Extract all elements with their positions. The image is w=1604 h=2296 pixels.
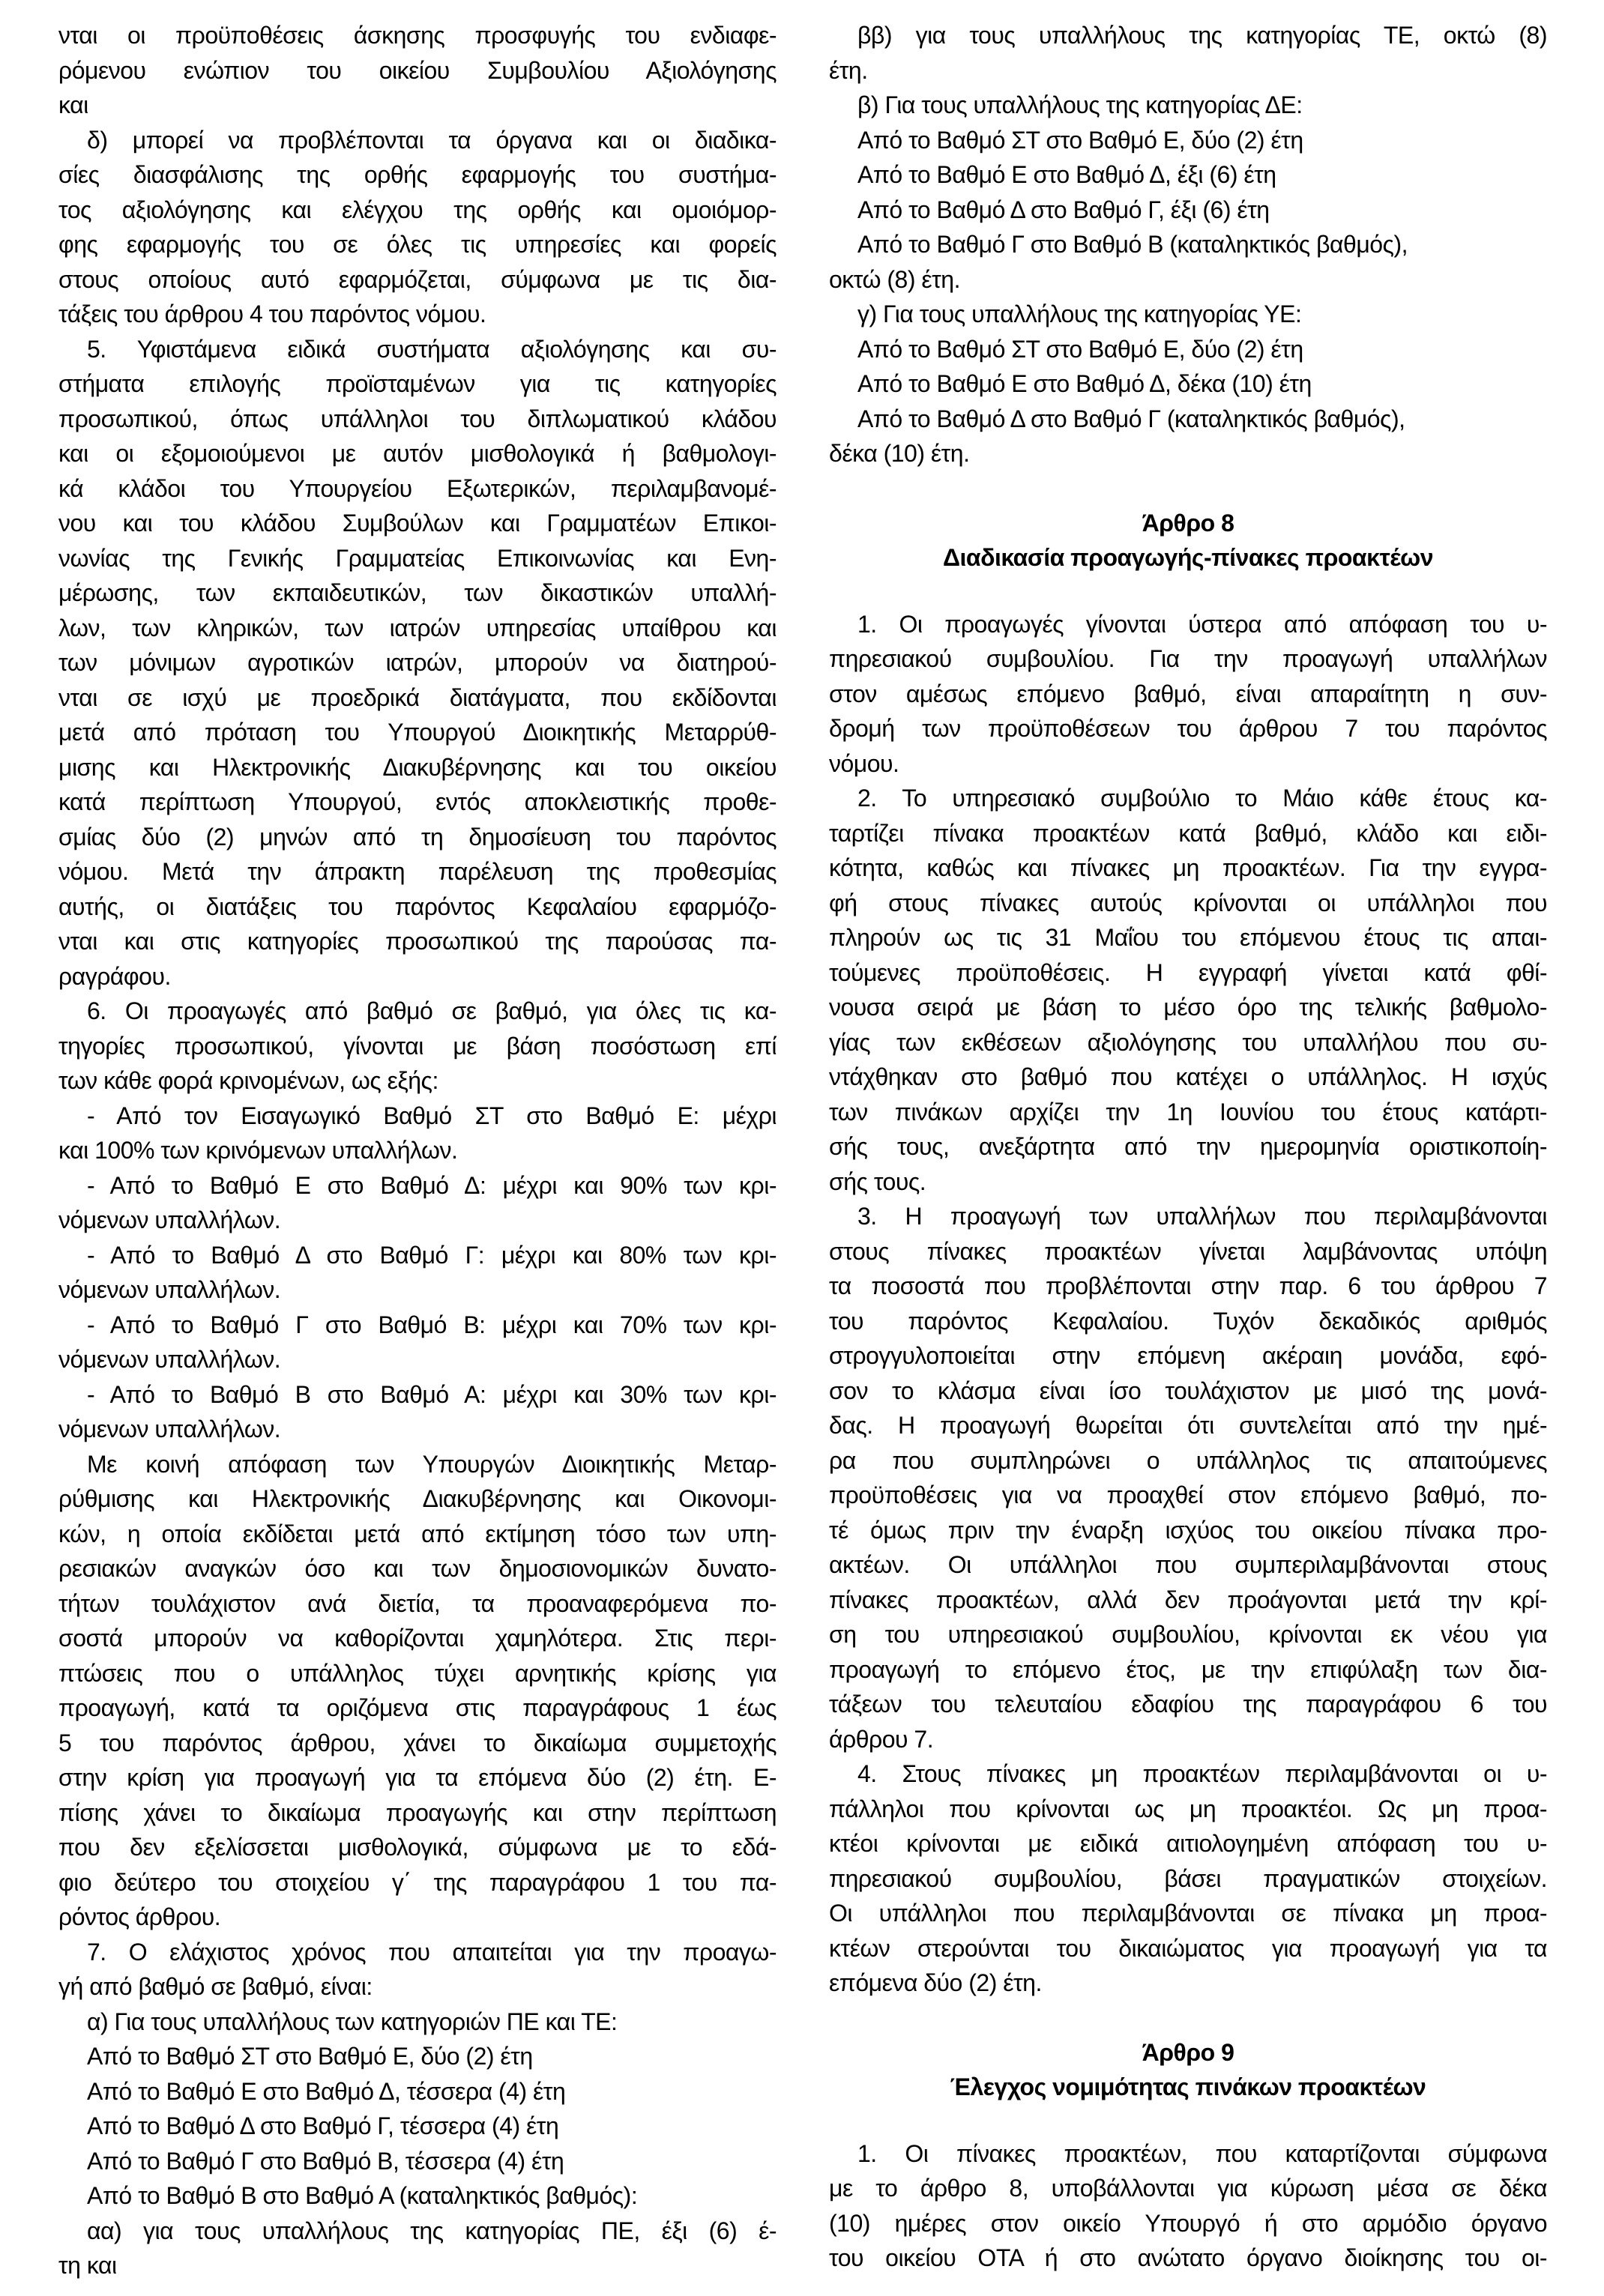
text-line: κότητα, καθώς και πίνακες μη προακτέων. … (829, 851, 1547, 886)
text-line: νου και του κλάδου Συμβούλων και Γραμματ… (58, 506, 777, 541)
text-line: νται σε ισχύ με προεδρικά διατάγματα, πο… (58, 680, 777, 716)
text-line: νουσα σειρά με βάση το μέσο όρο της τελι… (829, 990, 1547, 1025)
text-line: στους πίνακες προακτέων γίνεται λαμβάνον… (829, 1234, 1547, 1269)
text-line: Από το Βαθμό Ε στο Βαθμό Δ, έξι (6) έτη (829, 157, 1547, 193)
text-line: κτέοι κρίνονται με ειδικά αιτιολογημένη … (829, 1826, 1547, 1861)
text-line: σον το κλάσμα είναι ίσο τουλάχιστον με μ… (829, 1374, 1547, 1409)
text-line: πτώσεις που ο υπάλληλος τύχει αρνητικής … (58, 1656, 777, 1691)
text-line: ρόμενου ενώπιον του οικείου Συμβουλίου Α… (58, 53, 777, 88)
text-block: 1. Οι προαγωγές γίνονται ύστερα από απόφ… (829, 607, 1547, 2001)
text-line: οκτώ (8) έτη. (829, 262, 1547, 297)
text-line: προσωπικού, όπως υπάλληλοι του διπλωματι… (58, 402, 777, 437)
text-line: και (58, 88, 777, 123)
text-line: αυτής, οι διατάξεις του παρόντος Κεφαλαί… (58, 889, 777, 925)
text-line: κατά περίπτωση Υπουργού, εντός αποκλειστ… (58, 785, 777, 820)
text-block: νται οι προϋποθέσεις άσκησης προσφυγής τ… (58, 18, 777, 2283)
text-line: ακτέων. Οι υπάλληλοι που συμπεριλαμβάνον… (829, 1547, 1547, 1583)
text-line: Οι υπάλληλοι που περιλαμβάνονται σε πίνα… (829, 1896, 1547, 1931)
text-line: 3. Η προαγωγή των υπαλλήλων που περιλαμβ… (829, 1199, 1547, 1234)
text-line: δας. Η προαγωγή θωρείται ότι συντελείται… (829, 1408, 1547, 1443)
text-line: μέρωσης, των εκπαιδευτικών, των δικαστικ… (58, 575, 777, 611)
text-line: κά κλάδοι του Υπουργείου Εξωτερικών, περ… (58, 471, 777, 507)
text-line: του παρόντος Κεφαλαίου. Τυχόν δεκαδικός … (829, 1304, 1547, 1339)
text-line: Με κοινή απόφαση των Υπουργών Διοικητική… (58, 1447, 777, 1482)
text-line: Από το Βαθμό Ε στο Βαθμό Δ, δέκα (10) έτ… (829, 366, 1547, 402)
text-line: δέκα (10) έτη. (829, 436, 1547, 471)
text-line: στον αμέσως επόμενο βαθμό, είναι απαραίτ… (829, 677, 1547, 712)
text-line: νόμενων υπαλλήλων. (58, 1412, 777, 1447)
text-line: δρομή των προϋποθέσεων του άρθρου 7 του … (829, 711, 1547, 746)
article-heading: Άρθρο 8Διαδικασία προαγωγής-πίνακες προα… (829, 506, 1547, 575)
text-line: ση του υπηρεσιακού συμβουλίου, κρίνονται… (829, 1617, 1547, 1652)
text-line: νόμου. Μετά την άπρακτη παρέλευση της πρ… (58, 854, 777, 889)
text-line: Από το Βαθμό ΣΤ στο Βαθμό Ε, δύο (2) έτη (58, 2039, 777, 2074)
text-line: πηρεσιακού συμβουλίου. Για την προαγωγή … (829, 641, 1547, 677)
text-line: γίας των εκθέσεων αξιολόγησης του υπαλλή… (829, 1025, 1547, 1060)
text-line: ρα που συμπληρώνει ο υπάλληλος τις απαιτ… (829, 1443, 1547, 1478)
text-line: στήματα επιλογής προϊσταμένων για τις κα… (58, 366, 777, 402)
text-line: ρόντος άρθρου. (58, 1900, 777, 1935)
text-line: 1. Οι πίνακες προακτέων, που καταρτίζοντ… (829, 2136, 1547, 2172)
text-line: Από το Βαθμό ΣΤ στο Βαθμό Ε, δύο (2) έτη (829, 123, 1547, 158)
text-line: 7. Ο ελάχιστος χρόνος που απαιτείται για… (58, 1935, 777, 1970)
text-line: 2. Το υπηρεσιακό συμβούλιο το Μάιο κάθε … (829, 781, 1547, 816)
text-line: - Από τον Εισαγωγικό Βαθμό ΣΤ στο Βαθμό … (58, 1099, 777, 1134)
text-line: ρύθμισης και Ηλεκτρονικής Διακυβέρνησης … (58, 1481, 777, 1517)
text-line: στους οποίους αυτό εφαρμόζεται, σύμφωνα … (58, 262, 777, 297)
text-line: 6. Οι προαγωγές από βαθμό σε βαθμό, για … (58, 994, 777, 1029)
text-line: πίνακες προακτέων, αλλά δεν προάγονται μ… (829, 1583, 1547, 1618)
text-line: τος αξιολόγησης και ελέγχου της ορθής κα… (58, 193, 777, 228)
text-line: μετά από πρόταση του Υπουργού Διοικητική… (58, 715, 777, 750)
text-line: με το άρθρο 8, υποβάλλονται για κύρωση μ… (829, 2171, 1547, 2206)
text-line: τηγορίες προσωπικού, γίνονται με βάση πο… (58, 1029, 777, 1064)
text-line: Από το Βαθμό ΣΤ στο Βαθμό Ε, δύο (2) έτη (829, 332, 1547, 367)
text-line: ρεσιακών αναγκών όσο και των δημοσιονομι… (58, 1551, 777, 1586)
text-line: νόμενων υπαλλήλων. (58, 1272, 777, 1308)
text-line: που δεν εξελίσσεται μισθολογικά, σύμφωνα… (58, 1830, 777, 1865)
text-line: (10) ημέρες στον οικείο Υπουργό ή στο αρ… (829, 2206, 1547, 2241)
text-line: προϋποθέσεις για να προαχθεί στον επόμεν… (829, 1478, 1547, 1513)
text-line: άρθρου 7. (829, 1722, 1547, 1757)
text-line: γ) Για τους υπαλλήλους της κατηγορίας ΥΕ… (829, 297, 1547, 332)
text-line: μισης και Ηλεκτρονικής Διακυβέρνησης και… (58, 750, 777, 785)
text-line: σίες διασφάλισης της ορθής εφαρμογής του… (58, 157, 777, 193)
heading-line: Άρθρο 9 (829, 2035, 1547, 2070)
text-line: τήτων τουλάχιστον ανά διετία, τα προαναφ… (58, 1586, 777, 1622)
text-line: τούμενες προϋποθέσεις. Η εγγραφή γίνεται… (829, 955, 1547, 991)
text-block: ββ) για τους υπαλλήλους της κατηγορίας Τ… (829, 18, 1547, 471)
text-block: 1. Οι πίνακες προακτέων, που καταρτίζοντ… (829, 2136, 1547, 2276)
text-line: προαγωγή το επόμενο έτος, με την επιφύλα… (829, 1652, 1547, 1688)
text-line: σής τους, ανεξάρτητα από την ημερομηνία … (829, 1129, 1547, 1164)
text-line: - Από το Βαθμό Δ στο Βαθμό Γ: μέχρι και … (58, 1238, 777, 1273)
text-line: σμίας δύο (2) μηνών από τη δημοσίευση το… (58, 820, 777, 855)
text-line: - Από το Βαθμό Γ στο Βαθμό Β: μέχρι και … (58, 1308, 777, 1343)
text-line: έτη. (829, 53, 1547, 88)
article-heading: Άρθρο 9Έλεγχος νομιμότητας πινάκων προακ… (829, 2035, 1547, 2105)
text-line: τέ όμως πριν την έναρξη ισχύος του οικεί… (829, 1513, 1547, 1548)
text-line: νται και στις κατηγορίες προσωπικού της … (58, 924, 777, 959)
text-line: φης εφαρμογής του σε όλες τις υπηρεσίες … (58, 227, 777, 262)
text-line: αα) για τους υπαλλήλους της κατηγορίας Π… (58, 2214, 777, 2249)
text-line: επόμενα δύο (2) έτη. (829, 1966, 1547, 2001)
text-line: τη και (58, 2248, 777, 2283)
text-line: του οικείου ΟΤΑ ή στο ανώτατο όργανο διο… (829, 2241, 1547, 2276)
text-line: κών, η οποία εκδίδεται μετά από εκτίμηση… (58, 1517, 777, 1552)
text-line: φή στους πίνακες αυτούς κρίνονται οι υπά… (829, 886, 1547, 921)
text-column-right: ββ) για τους υπαλλήλους της κατηγορίας Τ… (829, 18, 1547, 2276)
text-line: και οι εξομοιούμενοι με αυτόν μισθολογικ… (58, 436, 777, 471)
text-line: στρογγυλοποιείται στην επόμενη ακέραιη μ… (829, 1338, 1547, 1374)
text-line: 4. Στους πίνακες μη προακτέων περιλαμβάν… (829, 1756, 1547, 1792)
text-line: των πινάκων αρχίζει την 1η Ιουνίου του έ… (829, 1095, 1547, 1130)
text-line: ραγράφου. (58, 959, 777, 994)
text-line: β) Για τους υπαλλήλους της κατηγορίας ΔΕ… (829, 88, 1547, 123)
text-line: ββ) για τους υπαλλήλους της κατηγορίας Τ… (829, 18, 1547, 53)
text-line: Από το Βαθμό Ε στο Βαθμό Δ, τέσσερα (4) … (58, 2074, 777, 2109)
text-line: και 100% των κρινόμενων υπαλλήλων. (58, 1133, 777, 1168)
text-line: πηρεσιακού συμβουλίου, βάσει πραγματικών… (829, 1861, 1547, 1897)
text-line: γή από βαθμό σε βαθμό, είναι: (58, 1969, 777, 2005)
text-line: πληρούν ως τις 31 Μαΐου του επόμενου έτο… (829, 920, 1547, 955)
text-line: πίσης χάνει το δικαίωμα προαγωγής και στ… (58, 1795, 777, 1831)
text-line: νόμενων υπαλλήλων. (58, 1203, 777, 1238)
text-line: ντάχθηκαν στο βαθμό που κατέχει ο υπάλλη… (829, 1060, 1547, 1095)
text-line: Από το Βαθμό Β στο Βαθμό Α (καταληκτικός… (58, 2178, 777, 2214)
text-line: νωνίας της Γενικής Γραμματείας Επικοινων… (58, 541, 777, 576)
text-line: λων, των κληρικών, των ιατρών υπηρεσίας … (58, 611, 777, 646)
text-line: στην κρίση για προαγωγή για τα επόμενα δ… (58, 1760, 777, 1795)
text-line: 1. Οι προαγωγές γίνονται ύστερα από απόφ… (829, 607, 1547, 642)
text-line: κτέων στερούνται του δικαιώματος για προ… (829, 1931, 1547, 1966)
text-line: πάλληλοι που κρίνονται ως μη προακτέοι. … (829, 1792, 1547, 1827)
text-line: τα ποσοστά που προβλέπονται στην παρ. 6 … (829, 1269, 1547, 1304)
text-line: προαγωγή, κατά τα οριζόμενα στις παραγρά… (58, 1691, 777, 1726)
text-line: δ) μπορεί να προβλέπονται τα όργανα και … (58, 123, 777, 158)
text-line: των κάθε φορά κρινομένων, ως εξής: (58, 1063, 777, 1099)
heading-line: Έλεγχος νομιμότητας πινάκων προακτέων (829, 2070, 1547, 2105)
text-line: Από το Βαθμό Δ στο Βαθμό Γ, έξι (6) έτη (829, 193, 1547, 228)
heading-line: Διαδικασία προαγωγής-πίνακες προακτέων (829, 540, 1547, 575)
text-line: - Από το Βαθμό Β στο Βαθμό Α: μέχρι και … (58, 1377, 777, 1413)
text-line: σοστά μπορούν να καθορίζονται χαμηλότερα… (58, 1621, 777, 1656)
text-line: Από το Βαθμό Γ στο Βαθμό Β (καταληκτικός… (829, 227, 1547, 262)
text-line: τάξεις του άρθρου 4 του παρόντος νόμου. (58, 297, 777, 332)
text-line: σής τους. (829, 1164, 1547, 1200)
heading-line: Άρθρο 8 (829, 506, 1547, 541)
scanned-law-page: νται οι προϋποθέσεις άσκησης προσφυγής τ… (0, 0, 1604, 2296)
text-line: νόμενων υπαλλήλων. (58, 1342, 777, 1377)
text-line: νόμου. (829, 746, 1547, 782)
text-line: τάξεων του τελευταίου εδαφίου της παραγρ… (829, 1687, 1547, 1722)
text-line: 5. Υφιστάμενα ειδικά συστήματα αξιολόγησ… (58, 332, 777, 367)
text-line: Από το Βαθμό Δ στο Βαθμό Γ (καταληκτικός… (829, 402, 1547, 437)
text-line: φιο δεύτερο του στοιχείου γ΄ της παραγρά… (58, 1865, 777, 1900)
text-line: ταρτίζει πίνακα προακτέων κατά βαθμό, κλ… (829, 816, 1547, 851)
text-line: Από το Βαθμό Γ στο Βαθμό Β, τέσσερα (4) … (58, 2144, 777, 2179)
text-column-left: νται οι προϋποθέσεις άσκησης προσφυγής τ… (58, 18, 777, 2283)
text-line: νται οι προϋποθέσεις άσκησης προσφυγής τ… (58, 18, 777, 53)
text-line: Από το Βαθμό Δ στο Βαθμό Γ, τέσσερα (4) … (58, 2109, 777, 2144)
text-line: των μόνιμων αγροτικών ιατρών, μπορούν να… (58, 645, 777, 680)
text-line: α) Για τους υπαλλήλους των κατηγοριών ΠΕ… (58, 2005, 777, 2040)
text-line: 5 του παρόντος άρθρου, χάνει το δικαίωμα… (58, 1726, 777, 1761)
text-line: - Από το Βαθμό Ε στο Βαθμό Δ: μέχρι και … (58, 1168, 777, 1203)
